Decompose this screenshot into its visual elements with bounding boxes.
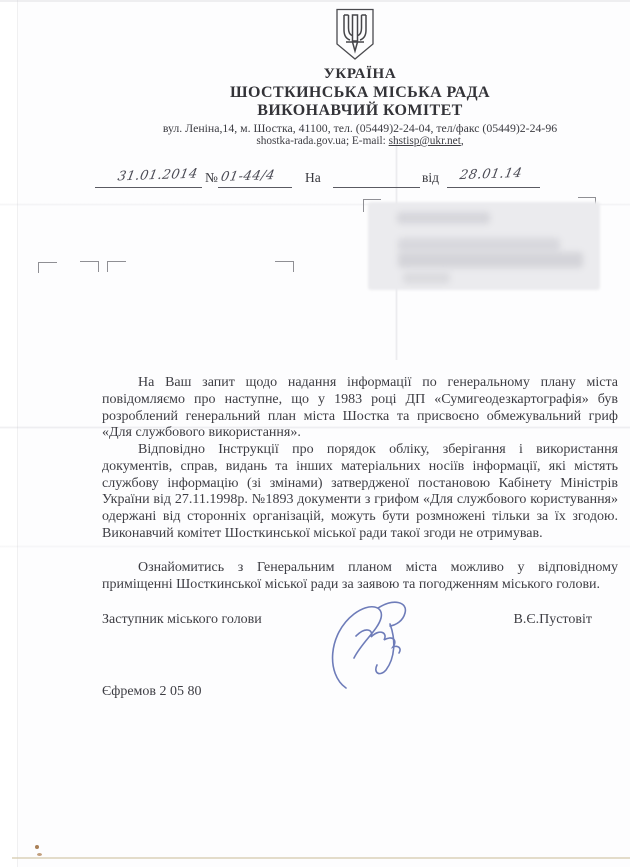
letterhead-email-suffix: ,	[461, 135, 464, 147]
redacted-text-line	[403, 272, 450, 284]
from-date-underline	[447, 187, 540, 188]
form-corner-mark	[275, 261, 294, 272]
number-label: №	[205, 170, 218, 186]
paper-crease-horizontal-3	[0, 545, 630, 548]
letterhead-website: shostka-rada.gov.ua; E-mail:	[256, 135, 388, 147]
handwritten-signature	[318, 596, 438, 696]
reply-number-underline	[333, 187, 420, 188]
executor-contact-line: Єфремов 2 05 80	[102, 684, 202, 700]
redacted-recipient-block	[368, 202, 600, 290]
body-paragraph-3: Ознайомитись з Генеральним планом міста …	[102, 560, 618, 594]
signer-name: В.Є.Пустовіт	[460, 612, 592, 628]
date-field-underline	[95, 187, 202, 188]
handwritten-number: 01-44/4	[219, 168, 276, 185]
from-date-label: від	[422, 170, 439, 186]
form-corner-mark	[107, 261, 126, 272]
body-paragraph-1: На Ваш запит щодо надання інформації по …	[102, 375, 618, 442]
redacted-text-line	[397, 212, 490, 224]
paper-bottom-edge	[12, 857, 630, 859]
form-corner-mark	[38, 262, 57, 273]
scanned-letter: УКРАЇНА ШОСТКИНСЬКА МІСЬКА РАДА ВИКОНАВЧ…	[0, 0, 630, 867]
body-paragraph-2: Відповідно Інструкції про порядок обліку…	[102, 442, 618, 543]
reply-to-label: На	[305, 170, 321, 186]
letterhead-country: УКРАЇНА	[60, 66, 630, 83]
redacted-text-line	[398, 238, 560, 252]
ukraine-trident-icon	[333, 8, 377, 62]
signer-position-title: Заступник міського голови	[102, 612, 262, 628]
handwritten-date: 31.01.2014	[116, 167, 199, 185]
handwritten-from-date: 28.01.14	[458, 166, 523, 183]
paper-stain-dot	[37, 853, 42, 856]
letterhead-department: ВИКОНАВЧИЙ КОМІТЕТ	[60, 102, 630, 120]
number-field-underline	[218, 187, 292, 188]
scan-left-edge	[0, 0, 18, 867]
paper-stain-dot	[35, 845, 39, 849]
letterhead-email: shstisp@ukr.net	[389, 135, 461, 147]
redacted-text-line	[398, 252, 583, 268]
scan-top-edge	[0, 0, 630, 2]
letterhead-organization: ШОСТКИНСЬКА МІСЬКА РАДА	[60, 84, 630, 102]
form-corner-mark	[80, 261, 99, 272]
letterhead-address: вул. Леніна,14, м. Шостка, 41100, тел. (…	[60, 121, 630, 136]
letterhead-contacts: shostka-rada.gov.ua; E-mail: shstisp@ukr…	[60, 135, 630, 147]
